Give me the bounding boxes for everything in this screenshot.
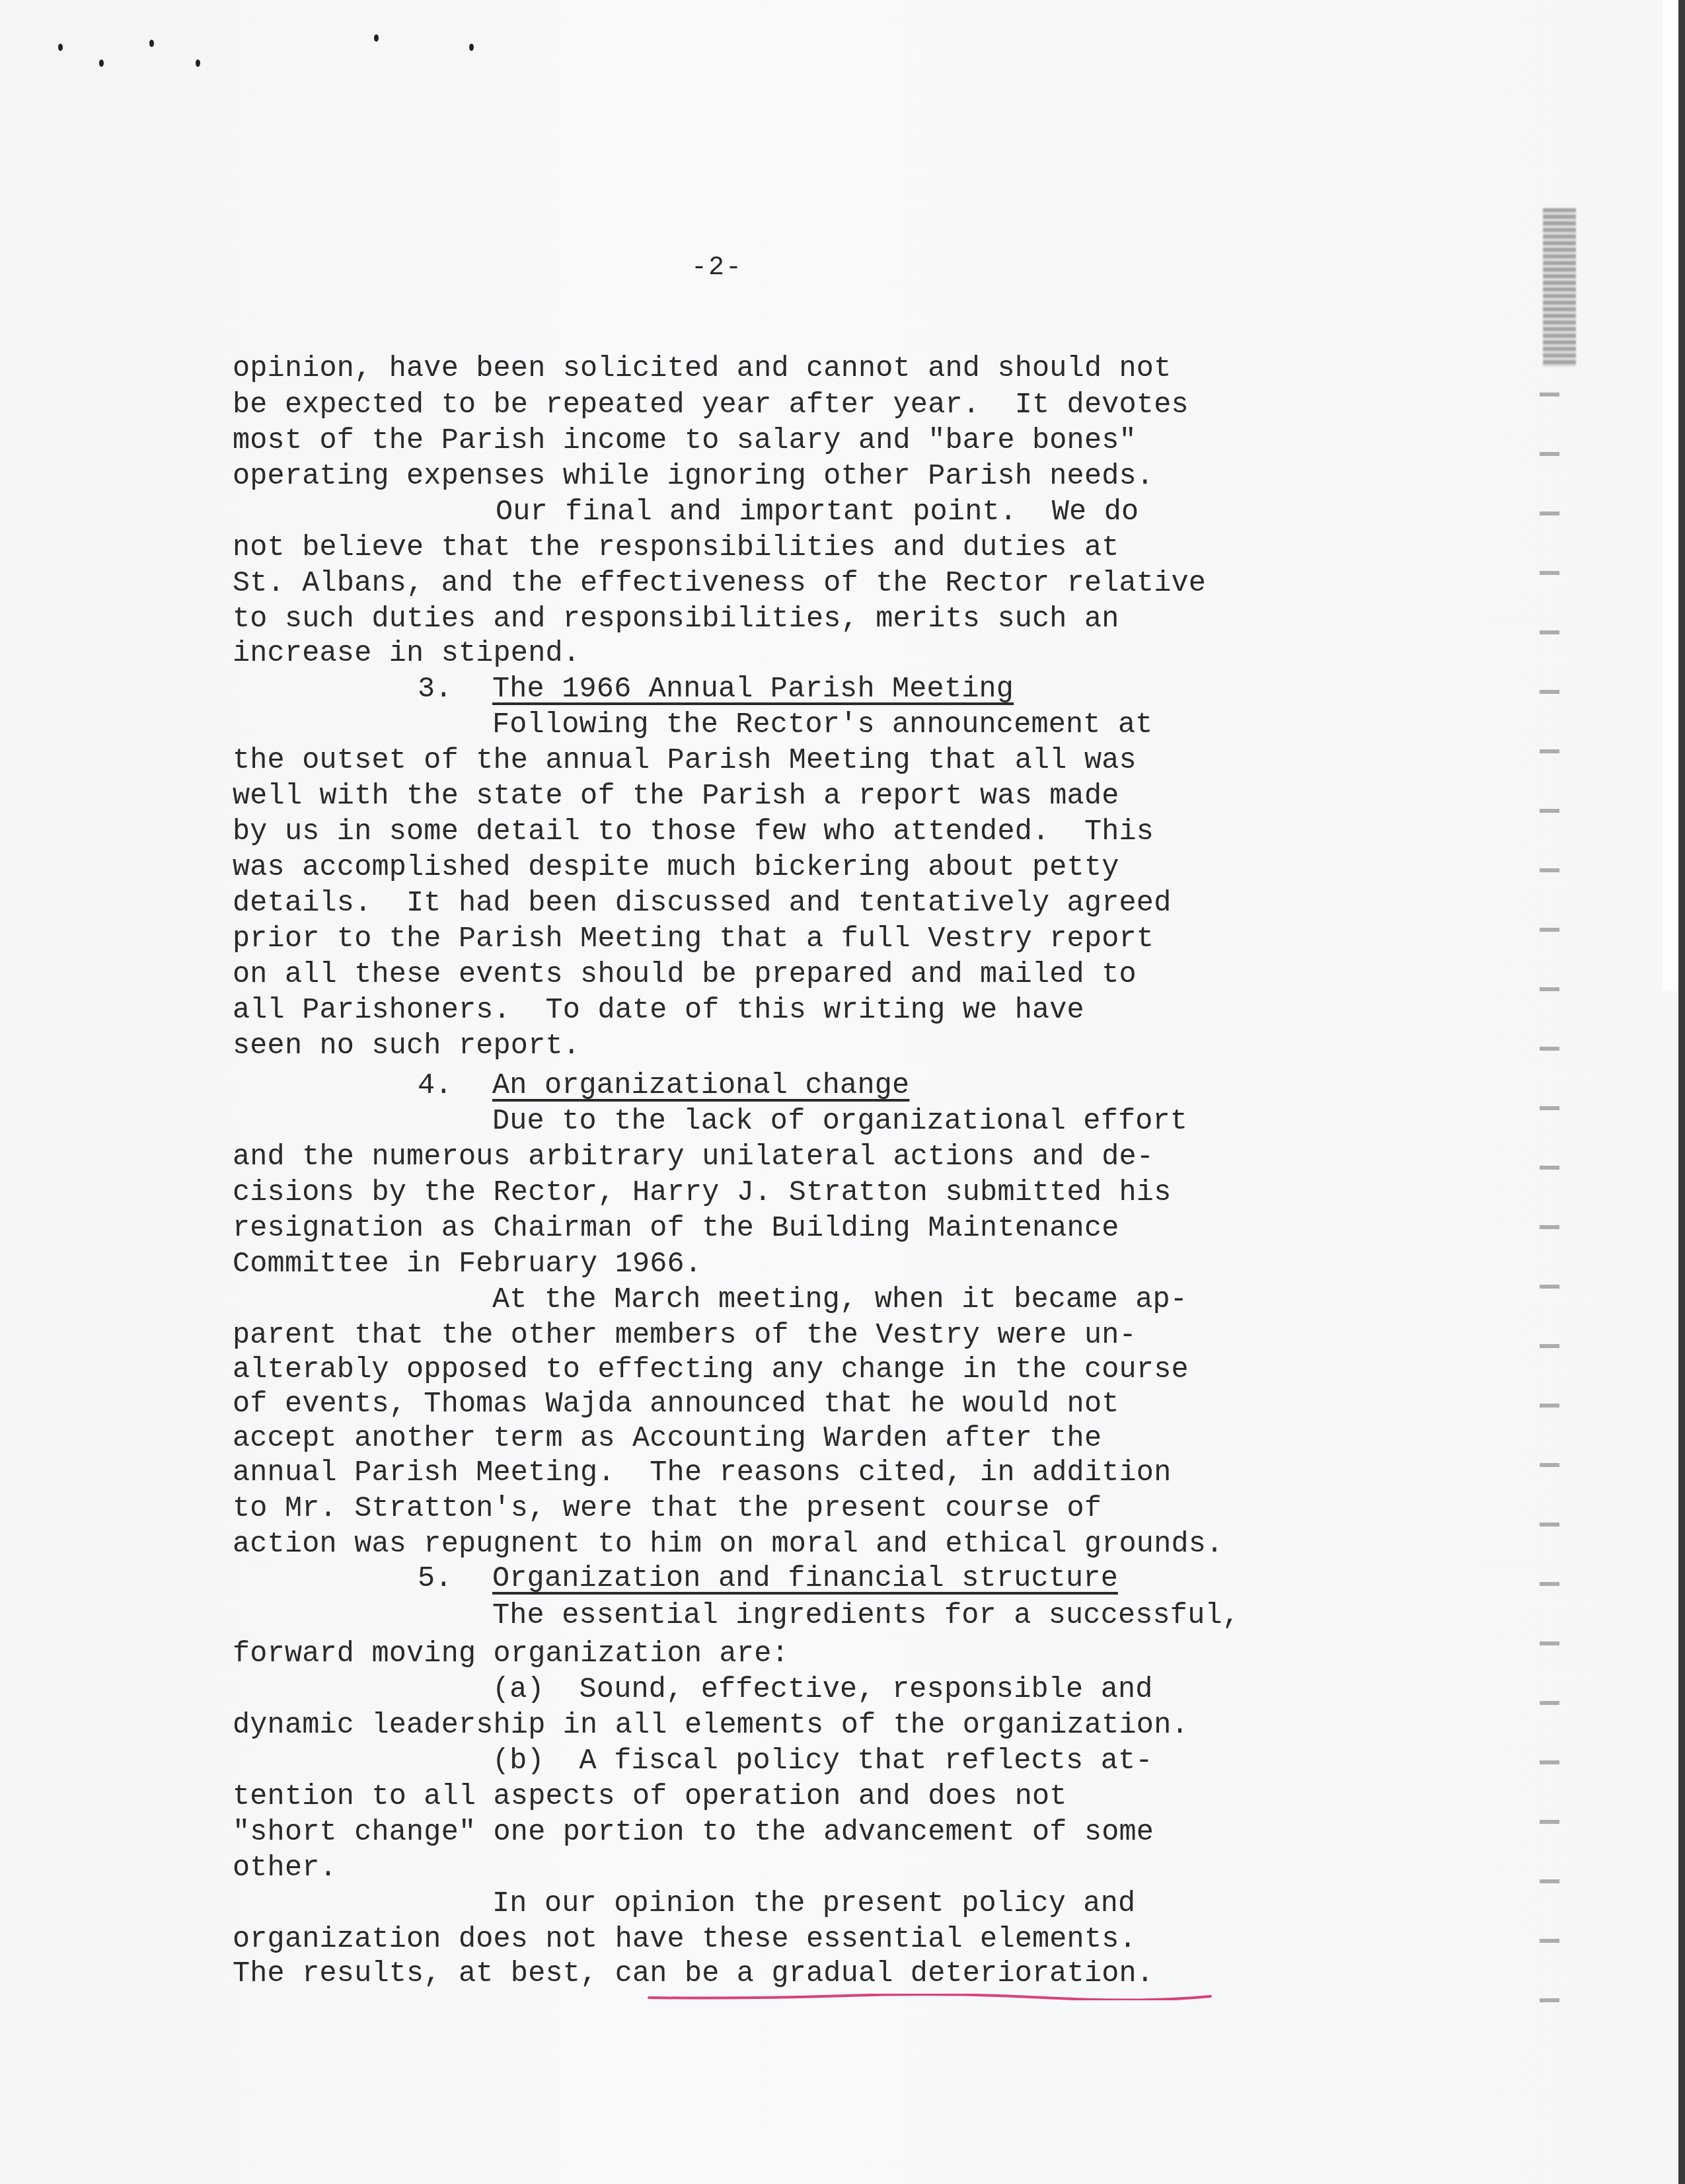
body-line: of events, Thomas Wajda announced that h… (233, 1390, 1119, 1419)
section-heading: Organization and financial structure (492, 1565, 1118, 1594)
body-line: on all these events should be prepared a… (233, 961, 1137, 990)
body-line: by us in some detail to those few who at… (233, 818, 1154, 847)
body-line: to such duties and responsibilities, mer… (233, 605, 1119, 634)
body-line: St. Albans, and the effectiveness of the… (233, 570, 1206, 599)
body-line: alterably opposed to effecting any chang… (233, 1356, 1189, 1385)
body-line: was accomplished despite much bickering … (233, 854, 1119, 883)
body-line: details. It had been discussed and tenta… (233, 889, 1171, 919)
section-heading: The 1966 Annual Parish Meeting (492, 675, 1014, 704)
section-heading: An organizational change (492, 1072, 909, 1101)
body-line: operating expenses while ignoring other … (233, 463, 1154, 492)
document-page: -2- opinion, have been solicited and can… (0, 0, 1685, 2184)
body-line: forward moving organization are: (233, 1640, 789, 1669)
staple-mark (196, 59, 200, 67)
staple-mark (149, 40, 154, 47)
body-line: The essential ingredients for a successf… (492, 1602, 1240, 1631)
body-line: opinion, have been solicited and cannot … (233, 355, 1171, 384)
body-line: accept another term as Accounting Warden… (233, 1425, 1102, 1454)
staple-mark (58, 44, 63, 51)
body-line: organization does not have these essenti… (233, 1926, 1137, 1955)
body-line: Our final and important point. We do (496, 498, 1139, 527)
body-line: prior to the Parish Meeting that a full … (233, 925, 1154, 954)
body-line: the outset of the annual Parish Meeting … (233, 747, 1137, 776)
page-number: -2- (691, 253, 743, 283)
list-item-a: (a) Sound, effective, responsible and (492, 1676, 1153, 1705)
body-line: increase in stipend. (233, 640, 580, 669)
staple-mark (99, 59, 104, 67)
section-number: 5. (418, 1565, 453, 1594)
body-line: and the numerous arbitrary unilateral ac… (233, 1143, 1154, 1172)
body-line: cisions by the Rector, Harry J. Stratton… (233, 1179, 1171, 1208)
body-line: most of the Parish income to salary and … (233, 427, 1137, 456)
section-number: 4. (418, 1072, 453, 1101)
body-line: other. (233, 1854, 337, 1883)
list-item-b: (b) A fiscal policy that reflects at- (492, 1747, 1153, 1776)
toner-specks (1540, 370, 1559, 2022)
body-line: to Mr. Stratton's, were that the present… (233, 1495, 1102, 1524)
handwritten-underline (648, 1994, 1213, 2000)
body-line: action was repugnent to him on moral and… (233, 1530, 1223, 1560)
body-line: Following the Rector's announcement at (492, 711, 1153, 740)
body-line: Due to the lack of organizational effort (492, 1108, 1187, 1137)
body-line: Committee in February 1966. (233, 1250, 702, 1279)
body-line: parent that the other members of the Ves… (233, 1322, 1137, 1351)
staple-mark (469, 44, 474, 51)
staple-mark (374, 34, 379, 42)
scan-border (1678, 0, 1685, 2184)
body-line: well with the state of the Parish a repo… (233, 782, 1119, 811)
body-line: In our opinion the present policy and (492, 1890, 1135, 1919)
toner-smudge (1543, 208, 1576, 367)
body-line: The results, at best, can be a gradual d… (233, 1960, 1154, 1989)
body-line: annual Parish Meeting. The reasons cited… (233, 1459, 1171, 1488)
body-line: tention to all aspects of operation and … (233, 1783, 1067, 1812)
body-line: seen no such report. (233, 1032, 580, 1061)
body-line: dynamic leadership in all elements of th… (233, 1712, 1189, 1741)
body-line: At the March meeting, when it became ap- (492, 1286, 1187, 1315)
body-line: all Parishoners. To date of this writing… (233, 997, 1084, 1026)
body-line: be expected to be repeated year after ye… (233, 391, 1189, 420)
section-number: 3. (418, 675, 453, 704)
body-line: not believe that the responsibilities an… (233, 534, 1119, 563)
body-line: resignation as Chairman of the Building … (233, 1215, 1119, 1244)
body-line: "short change" one portion to the advanc… (233, 1819, 1154, 1848)
